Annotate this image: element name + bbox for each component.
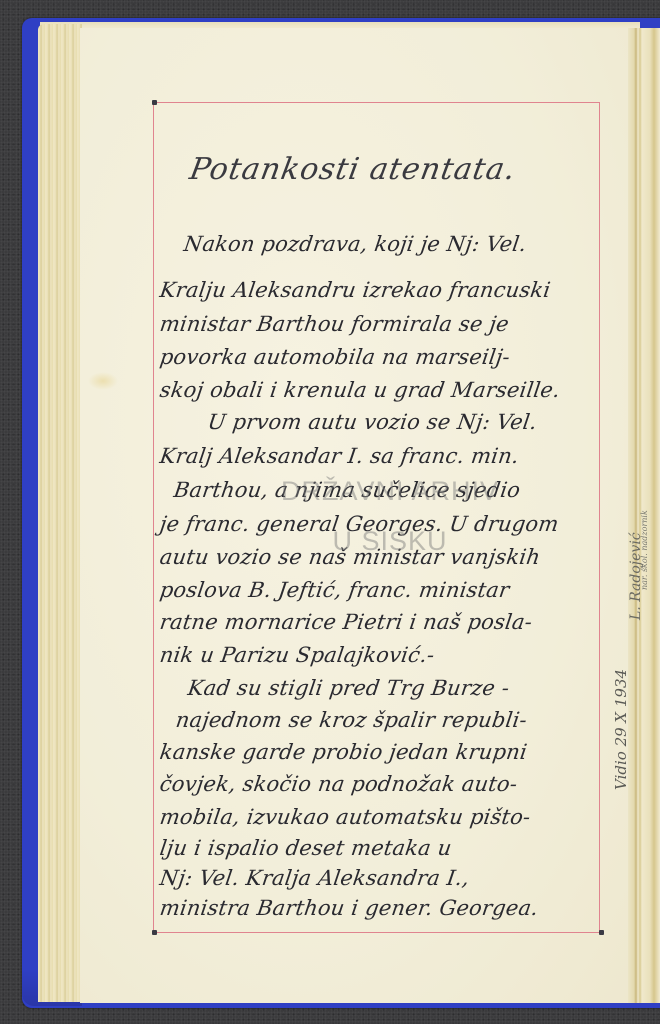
frame-corner-dot bbox=[152, 930, 157, 935]
text-line: poslova B. Jeftić, franc. ministar bbox=[158, 578, 511, 602]
text-line: U prvom autu vozio se Nj: Vel. bbox=[206, 410, 538, 434]
text-line: ministra Barthou i gener. Georgea. bbox=[158, 896, 540, 920]
text-line: čovjek, skočio na podnožak auto- bbox=[158, 772, 519, 796]
paper-stain bbox=[88, 372, 118, 390]
text-line: povorka automobila na marseilj- bbox=[158, 345, 511, 369]
page-edges-left bbox=[38, 24, 82, 1002]
text-line: lju i ispalio deset metaka u bbox=[158, 836, 453, 860]
margin-note-date: Vidio 29 X 1934 bbox=[612, 669, 630, 790]
text-line: Kad su stigli pred Trg Burze - bbox=[186, 676, 511, 700]
text-line: Kralju Aleksandru izrekao francuski bbox=[158, 278, 552, 302]
text-line: nik u Parizu Spalajković.- bbox=[158, 643, 436, 667]
page-title: Potankosti atentata. bbox=[187, 152, 519, 187]
text-line: skoj obali i krenula u grad Marseille. bbox=[158, 378, 561, 402]
text-line: Nj: Vel. Kralja Aleksandra I., bbox=[158, 866, 471, 890]
text-line: ministar Barthou formirala se je bbox=[158, 312, 510, 336]
text-line: mobila, izvukao automatsku pišto- bbox=[158, 805, 532, 829]
frame-corner-dot bbox=[599, 930, 604, 935]
text-line: Nakon pozdrava, koji je Nj: Vel. bbox=[182, 232, 528, 256]
text-line: Kralj Aleksandar I. sa franc. min. bbox=[158, 444, 520, 468]
text-line: kanske garde probio jedan krupni bbox=[158, 740, 528, 764]
frame-corner-dot bbox=[152, 100, 157, 105]
watermark-line-2: U SISKU bbox=[190, 528, 590, 555]
text-line: ratne mornarice Pietri i naš posla- bbox=[158, 610, 533, 634]
margin-signature-subtitle: nar. škol. nadzornik bbox=[640, 510, 649, 590]
watermark-line-1: DRŽAVNI ARHIV bbox=[190, 478, 590, 505]
text-line: najednom se kroz špalir republi- bbox=[174, 708, 528, 732]
